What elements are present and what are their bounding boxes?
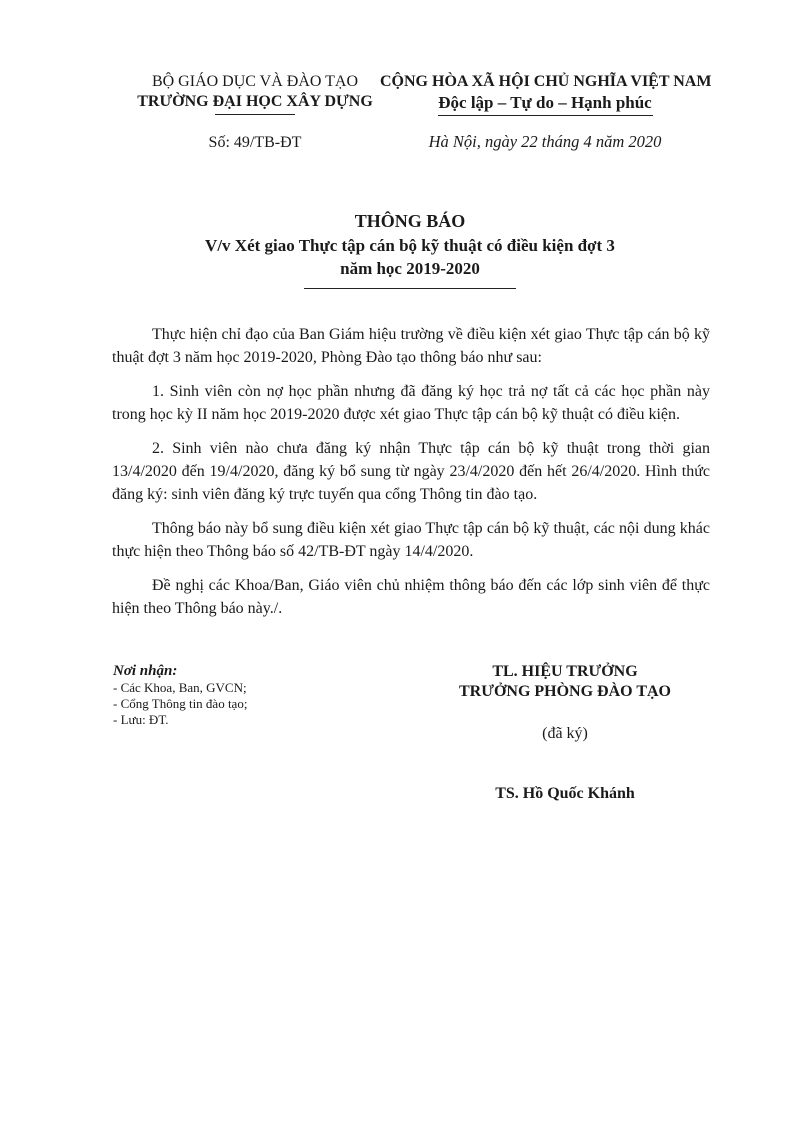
national-motto: Độc lập – Tự do – Hạnh phúc bbox=[380, 92, 710, 114]
document-body: Thực hiện chỉ đạo của Ban Giám hiệu trườ… bbox=[112, 323, 710, 631]
signed-note: (đã ký) bbox=[410, 724, 720, 744]
national-header: CỘNG HÒA XÃ HỘI CHỦ NGHĨA VIỆT NAM Độc l… bbox=[380, 72, 710, 152]
title-divider bbox=[304, 288, 516, 289]
signer-name: TS. Hồ Quốc Khánh bbox=[410, 784, 720, 804]
header-right-divider bbox=[438, 115, 653, 116]
country-name: CỘNG HÒA XÃ HỘI CHỦ NGHĨA VIỆT NAM bbox=[380, 72, 710, 92]
body-paragraph-request: Đề nghị các Khoa/Ban, Giáo viên chủ nhiệ… bbox=[112, 574, 710, 620]
recipients-heading: Nơi nhận: bbox=[113, 662, 247, 680]
document-subject-line-2: năm học 2019-2020 bbox=[150, 257, 670, 280]
document-title: THÔNG BÁO bbox=[150, 208, 670, 234]
document-number: Số: 49/TB-ĐT bbox=[110, 133, 400, 153]
signature-title: TRƯỞNG PHÒNG ĐÀO TẠO bbox=[410, 682, 720, 702]
body-paragraph-supplement: Thông báo này bổ sung điều kiện xét giao… bbox=[112, 517, 710, 563]
issuer-header: BỘ GIÁO DỤC VÀ ĐÀO TẠO TRƯỜNG ĐẠI HỌC XÂ… bbox=[110, 72, 400, 153]
document-title-block: THÔNG BÁO V/v Xét giao Thực tập cán bộ k… bbox=[150, 208, 670, 289]
header-left-divider bbox=[215, 114, 295, 115]
document-subject-line-1: V/v Xét giao Thực tập cán bộ kỹ thuật có… bbox=[150, 234, 670, 257]
body-paragraph-item-2: 2. Sinh viên nào chưa đăng ký nhận Thực … bbox=[112, 437, 710, 506]
recipient-item: - Các Khoa, Ban, GVCN; bbox=[113, 680, 247, 696]
ministry-name: BỘ GIÁO DỤC VÀ ĐÀO TẠO bbox=[110, 72, 400, 92]
place-date: Hà Nội, ngày 22 tháng 4 năm 2020 bbox=[380, 132, 710, 152]
signature-block: TL. HIỆU TRƯỞNG TRƯỞNG PHÒNG ĐÀO TẠO (đã… bbox=[410, 662, 720, 804]
recipient-item: - Lưu: ĐT. bbox=[113, 712, 247, 728]
body-paragraph-item-1: 1. Sinh viên còn nợ học phần nhưng đã đă… bbox=[112, 380, 710, 426]
recipients-block: Nơi nhận: - Các Khoa, Ban, GVCN; - Cổng … bbox=[113, 662, 247, 728]
body-paragraph-intro: Thực hiện chỉ đạo của Ban Giám hiệu trườ… bbox=[112, 323, 710, 369]
recipient-item: - Cổng Thông tin đào tạo; bbox=[113, 696, 247, 712]
signature-authority: TL. HIỆU TRƯỞNG bbox=[410, 662, 720, 682]
university-name: TRƯỜNG ĐẠI HỌC XÂY DỰNG bbox=[110, 92, 400, 112]
